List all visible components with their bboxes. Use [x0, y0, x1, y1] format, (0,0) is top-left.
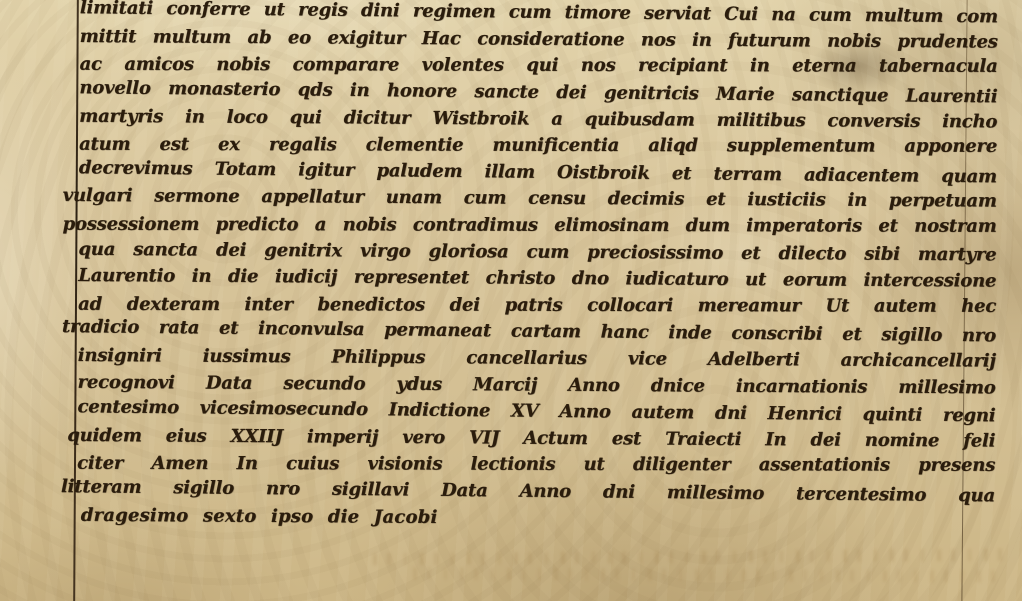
- manuscript-line-9: possessionem predicto a nobis contradimu…: [63, 211, 997, 240]
- manuscript-page: limitati conferre ut regis dini regimen …: [0, 0, 1022, 601]
- bleed-through-marks: [360, 547, 1008, 593]
- manuscript-line-10: qua sancta dei genitrix virgo gloriosa c…: [78, 237, 996, 269]
- manuscript-text-block: limitati conferre ut regis dini regimen …: [77, 0, 998, 534]
- manuscript-line-20: dragesimo sexto ipso die Jacobi: [77, 503, 995, 535]
